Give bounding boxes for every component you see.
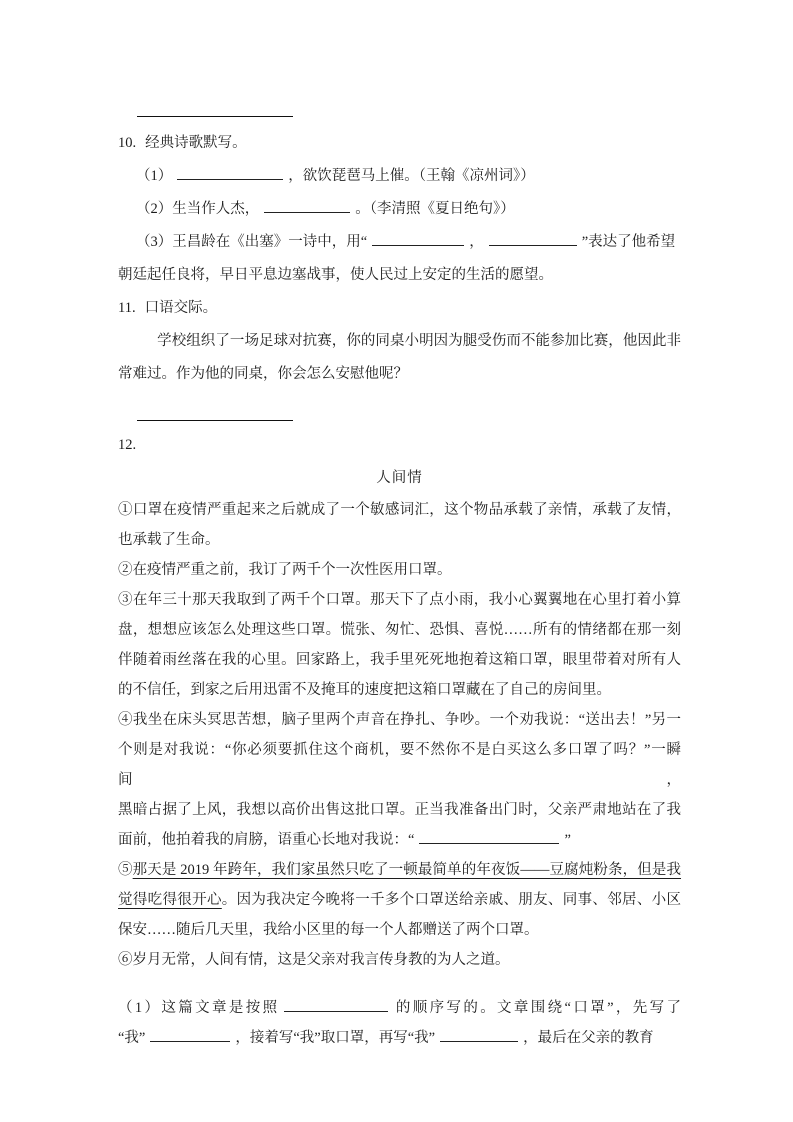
p4-quote-prefix: 面前，他拍着我的肩膀，语重心长地对我说：“ — [118, 832, 414, 848]
passage-line: ①口罩在疫情严重起来之后就成了一个敏感词汇，这个物品承载了亲情，承载了友情， — [118, 495, 681, 525]
subq1-seg-b: ，接着写“我”取口罩，再写“我” — [235, 1030, 435, 1046]
passage-line: ③在年三十那天我取到了两千个口罩。那天下了点小雨，我小心翼翼地在心里打着小算 — [118, 585, 681, 615]
passage-line-underlined: 觉得吃得很开心。因为我决定今晚将一千多个口罩送给亲戚、朋友、同事、邻居、小区 — [118, 885, 681, 915]
subq1-line-2: “我”，接着写“我”取口罩，再写“我”，最后在父亲的教育 — [118, 1023, 681, 1053]
q11-prompt-line-1: 学校组织了一场足球对抗赛，你的同桌小明因为腿受伤而不能参加比赛，他因此非 — [118, 325, 681, 358]
question-12: 12. 人间情 ①口罩在疫情严重起来之后就成了一个敏感词汇，这个物品承载了亲情，… — [118, 429, 681, 1053]
subq1-line-1: （1）这篇文章是按照的顺序写的。文章围绕“口罩”，先写了 — [118, 993, 681, 1023]
q12-number: 12. — [118, 429, 681, 462]
passage-line-with-blank: 面前，他拍着我的肩膀，语重心长地对我说：“” — [118, 825, 681, 855]
p5-line2-rest: 。因为我决定今晚将一千多个口罩送给亲戚、朋友、同事、邻居、小区 — [222, 892, 681, 908]
answer-blank — [264, 197, 350, 213]
subq1-seg-a: “我” — [118, 1030, 145, 1046]
q11-title: 口语交际。 — [145, 300, 218, 316]
answer-blank — [177, 164, 283, 180]
passage-line: ④我坐在床头冥思苦想，脑子里两个声音在挣扎、争吵。一个劝我说：“送出去！”另一 — [118, 705, 681, 735]
p5-marker: ⑤ — [118, 862, 133, 878]
answer-blank — [440, 1026, 518, 1042]
subq1-seg-c: ，最后在父亲的教育 — [523, 1030, 654, 1046]
subq1-prefix: （1）这篇文章是按照 — [118, 1000, 279, 1016]
q10-item-3-continuation: 朝廷起任良将，早日平息边塞战事，使人民过上安定的生活的愿望。 — [118, 259, 681, 292]
q11-number: 11. — [118, 300, 136, 316]
worksheet-page: 10.经典诗歌默写。 （1），欲饮琵琶马上催。（王翰《凉州词》） （2）生当作人… — [0, 0, 793, 1122]
answer-blank — [284, 996, 388, 1012]
passage-line: 也承载了生命。 — [118, 525, 681, 555]
answer-blank — [150, 1026, 230, 1042]
passage-title: 人间情 — [118, 462, 681, 495]
answer-line-q11 — [137, 407, 293, 421]
answer-blank — [372, 230, 464, 246]
q10-item-3: （3）王昌龄在《出塞》一诗中，用“，”表达了他希望 — [118, 226, 681, 259]
passage-line: 个则是对我说：“你必须要抓住这个商机，要不然你不是白买这么多口罩了吗？”一瞬间， — [118, 735, 681, 795]
question-10: 10.经典诗歌默写。 （1），欲饮琵琶马上催。（王翰《凉州词》） （2）生当作人… — [118, 127, 681, 292]
q12-sub-question-1: （1）这篇文章是按照的顺序写的。文章围绕“口罩”，先写了 “我”，接着写“我”取… — [118, 993, 681, 1053]
underlined-text: 觉得吃得很开心 — [118, 892, 222, 908]
passage-line: 黑暗占据了上风，我想以高价出售这批口罩。正当我准备出门时，父亲严肃地站在了我 — [118, 795, 681, 825]
q10-item-3-prefix: （3）王昌龄在《出塞》一诗中，用“ — [136, 234, 367, 250]
q10-item-2: （2）生当作人杰，。（李清照《夏日绝句》） — [118, 193, 681, 226]
q10-item-1: （1），欲饮琵琶马上催。（王翰《凉州词》） — [118, 160, 681, 193]
answer-blank — [419, 828, 559, 844]
passage-line: ⑥岁月无常，人间有情，这是父亲对我言传身教的为人之道。 — [118, 945, 681, 975]
passage-line: 盘，想想应该怎么处理这些口罩。慌张、匆忙、恐惧、喜悦……所有的情绪都在那一刻 — [118, 615, 681, 645]
q10-number: 10. — [118, 135, 136, 151]
q10-heading: 10.经典诗歌默写。 — [118, 127, 681, 160]
q10-item-3-comma: ， — [469, 234, 484, 250]
answer-line-top — [137, 103, 293, 117]
q10-title: 经典诗歌默写。 — [145, 135, 247, 151]
q10-item-2-prefix: （2）生当作人杰， — [136, 201, 259, 217]
q10-item-3-suffix: ”表达了他希望 — [582, 234, 675, 250]
answer-blank — [489, 230, 577, 246]
passage-line: ②在疫情严重之前，我订了两千个一次性医用口罩。 — [118, 555, 681, 585]
q10-item-1-prefix: （1） — [136, 168, 172, 184]
question-11: 11.口语交际。 学校组织了一场足球对抗赛，你的同桌小明因为腿受伤而不能参加比赛… — [118, 292, 681, 421]
q10-item-1-suffix: ，欲饮琵琶马上催。（王翰《凉州词》） — [288, 168, 535, 184]
p4-quote-suffix: ” — [564, 832, 570, 848]
passage-line-underlined: ⑤那天是 2019 年跨年，我们家虽然只吃了一顿最简单的年夜饭——豆腐炖粉条，但… — [118, 855, 681, 885]
passage-line: 伴随着雨丝落在我的心里。回家路上，我手里死死地抱着这箱口罩，眼里带着对所有人 — [118, 645, 681, 675]
q11-prompt-line-2: 常难过。作为他的同桌，你会怎么安慰他呢？ — [118, 358, 681, 391]
passage-line: 的不信任，到家之后用迅雷不及掩耳的速度把这箱口罩藏在了自己的房间里。 — [118, 675, 681, 705]
q11-heading: 11.口语交际。 — [118, 292, 681, 325]
q10-item-2-suffix: 。（李清照《夏日绝句》） — [355, 201, 515, 217]
q11-prompt: 学校组织了一场足球对抗赛，你的同桌小明因为腿受伤而不能参加比赛，他因此非 常难过… — [118, 325, 681, 391]
underlined-text: 那天是 2019 年跨年，我们家虽然只吃了一顿最简单的年夜饭——豆腐炖粉条，但是… — [133, 862, 681, 878]
subq1-suffix: 的顺序写的。文章围绕“口罩”，先写了 — [393, 1000, 681, 1016]
passage-line: 保安……随后几天里，我给小区里的每一个人都赠送了两个口罩。 — [118, 915, 681, 945]
